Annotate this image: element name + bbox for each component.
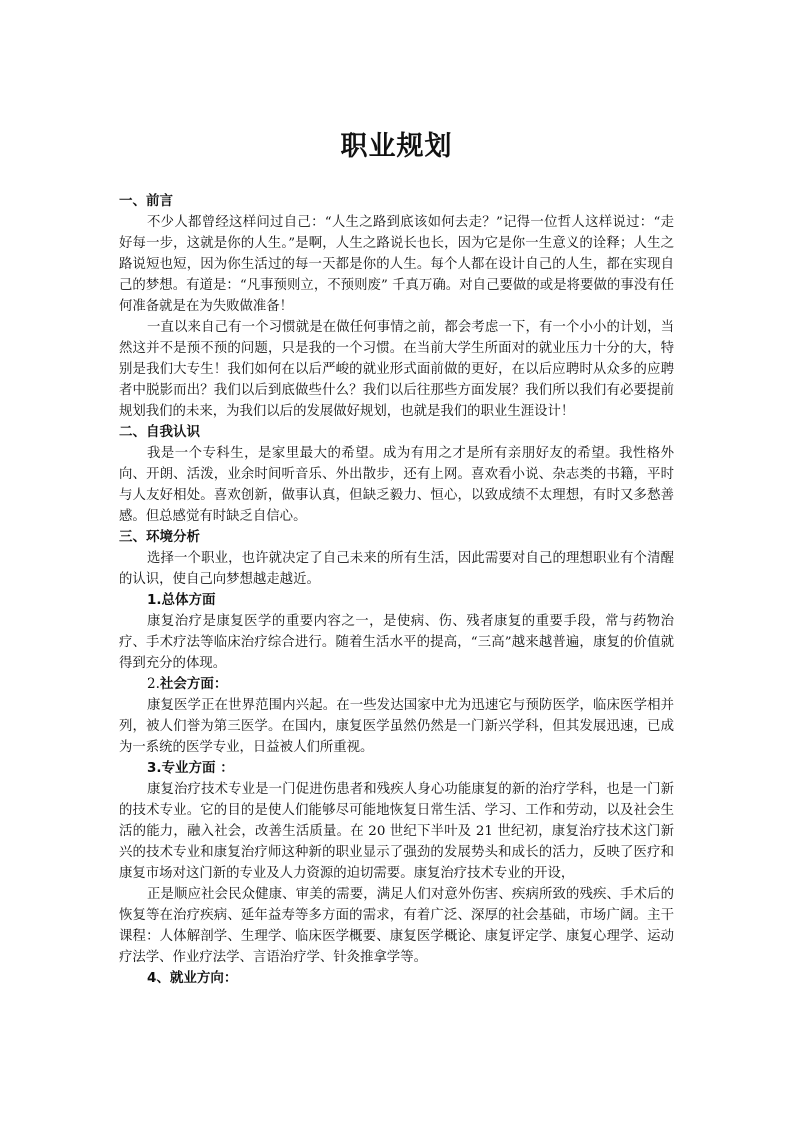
paragraph: 我是一个专科生，是家里最大的希望。成为有用之才是所有亲朋好友的希望。我性格外向、… [119,443,674,527]
subsection-heading-social: 2.社会方面： [119,674,674,695]
paragraph: 正是顺应社会民众健康、审美的需要，满足人们对意外伤害、疾病所致的残疾、手术后的恢… [119,884,674,968]
document-title: 职业规划 [119,124,674,163]
paragraph: 康复治疗是康复医学的重要内容之一，是使病、伤、残者康复的重要手段，常与药物治疗、… [119,611,674,674]
section-heading-preface: 一、前言 [119,191,674,212]
paragraph: 一直以来自己有一个习惯就是在做任何事情之前，都会考虑一下，有一个小小的计划，当然… [119,317,674,422]
section-heading-self-awareness: 二、自我认识 [119,422,674,443]
document-body: 一、前言 不少人都曾经这样问过自己：“人生之路到底该如何去走？”记得一位哲人这样… [119,191,674,989]
subsection-title: 专业方面 ： [162,760,234,776]
subsection-heading-professional: 3.专业方面 ： [119,758,674,779]
paragraph: 选择一个职业，也许就决定了自己未来的所有生活，因此需要对自己的理想职业有个清醒的… [119,548,674,590]
subsection-number: 2. [147,676,160,692]
subsection-title: 社会方面： [160,676,228,692]
subsection-number: 3. [147,760,162,776]
subsection-heading-employment: 4、就业方向： [119,968,674,989]
subsection-title: 总体方面 [162,592,216,608]
subsection-number: 1. [147,592,162,608]
paragraph: 康复治疗技术专业是一门促进伤患者和残疾人身心功能康复的新的治疗学科，也是一门新的… [119,779,674,884]
paragraph: 不少人都曾经这样问过自己：“人生之路到底该如何去走？”记得一位哲人这样说过：“走… [119,212,674,317]
subsection-heading-overall: 1.总体方面 [119,590,674,611]
section-heading-environment-analysis: 三、环境分析 [119,527,674,548]
subsection-title: 就业方向： [170,970,238,986]
paragraph: 康复医学正在世界范围内兴起。在一些发达国家中尤为迅速它与预防医学，临床医学相并列… [119,695,674,758]
subsection-number: 4、 [147,970,170,986]
